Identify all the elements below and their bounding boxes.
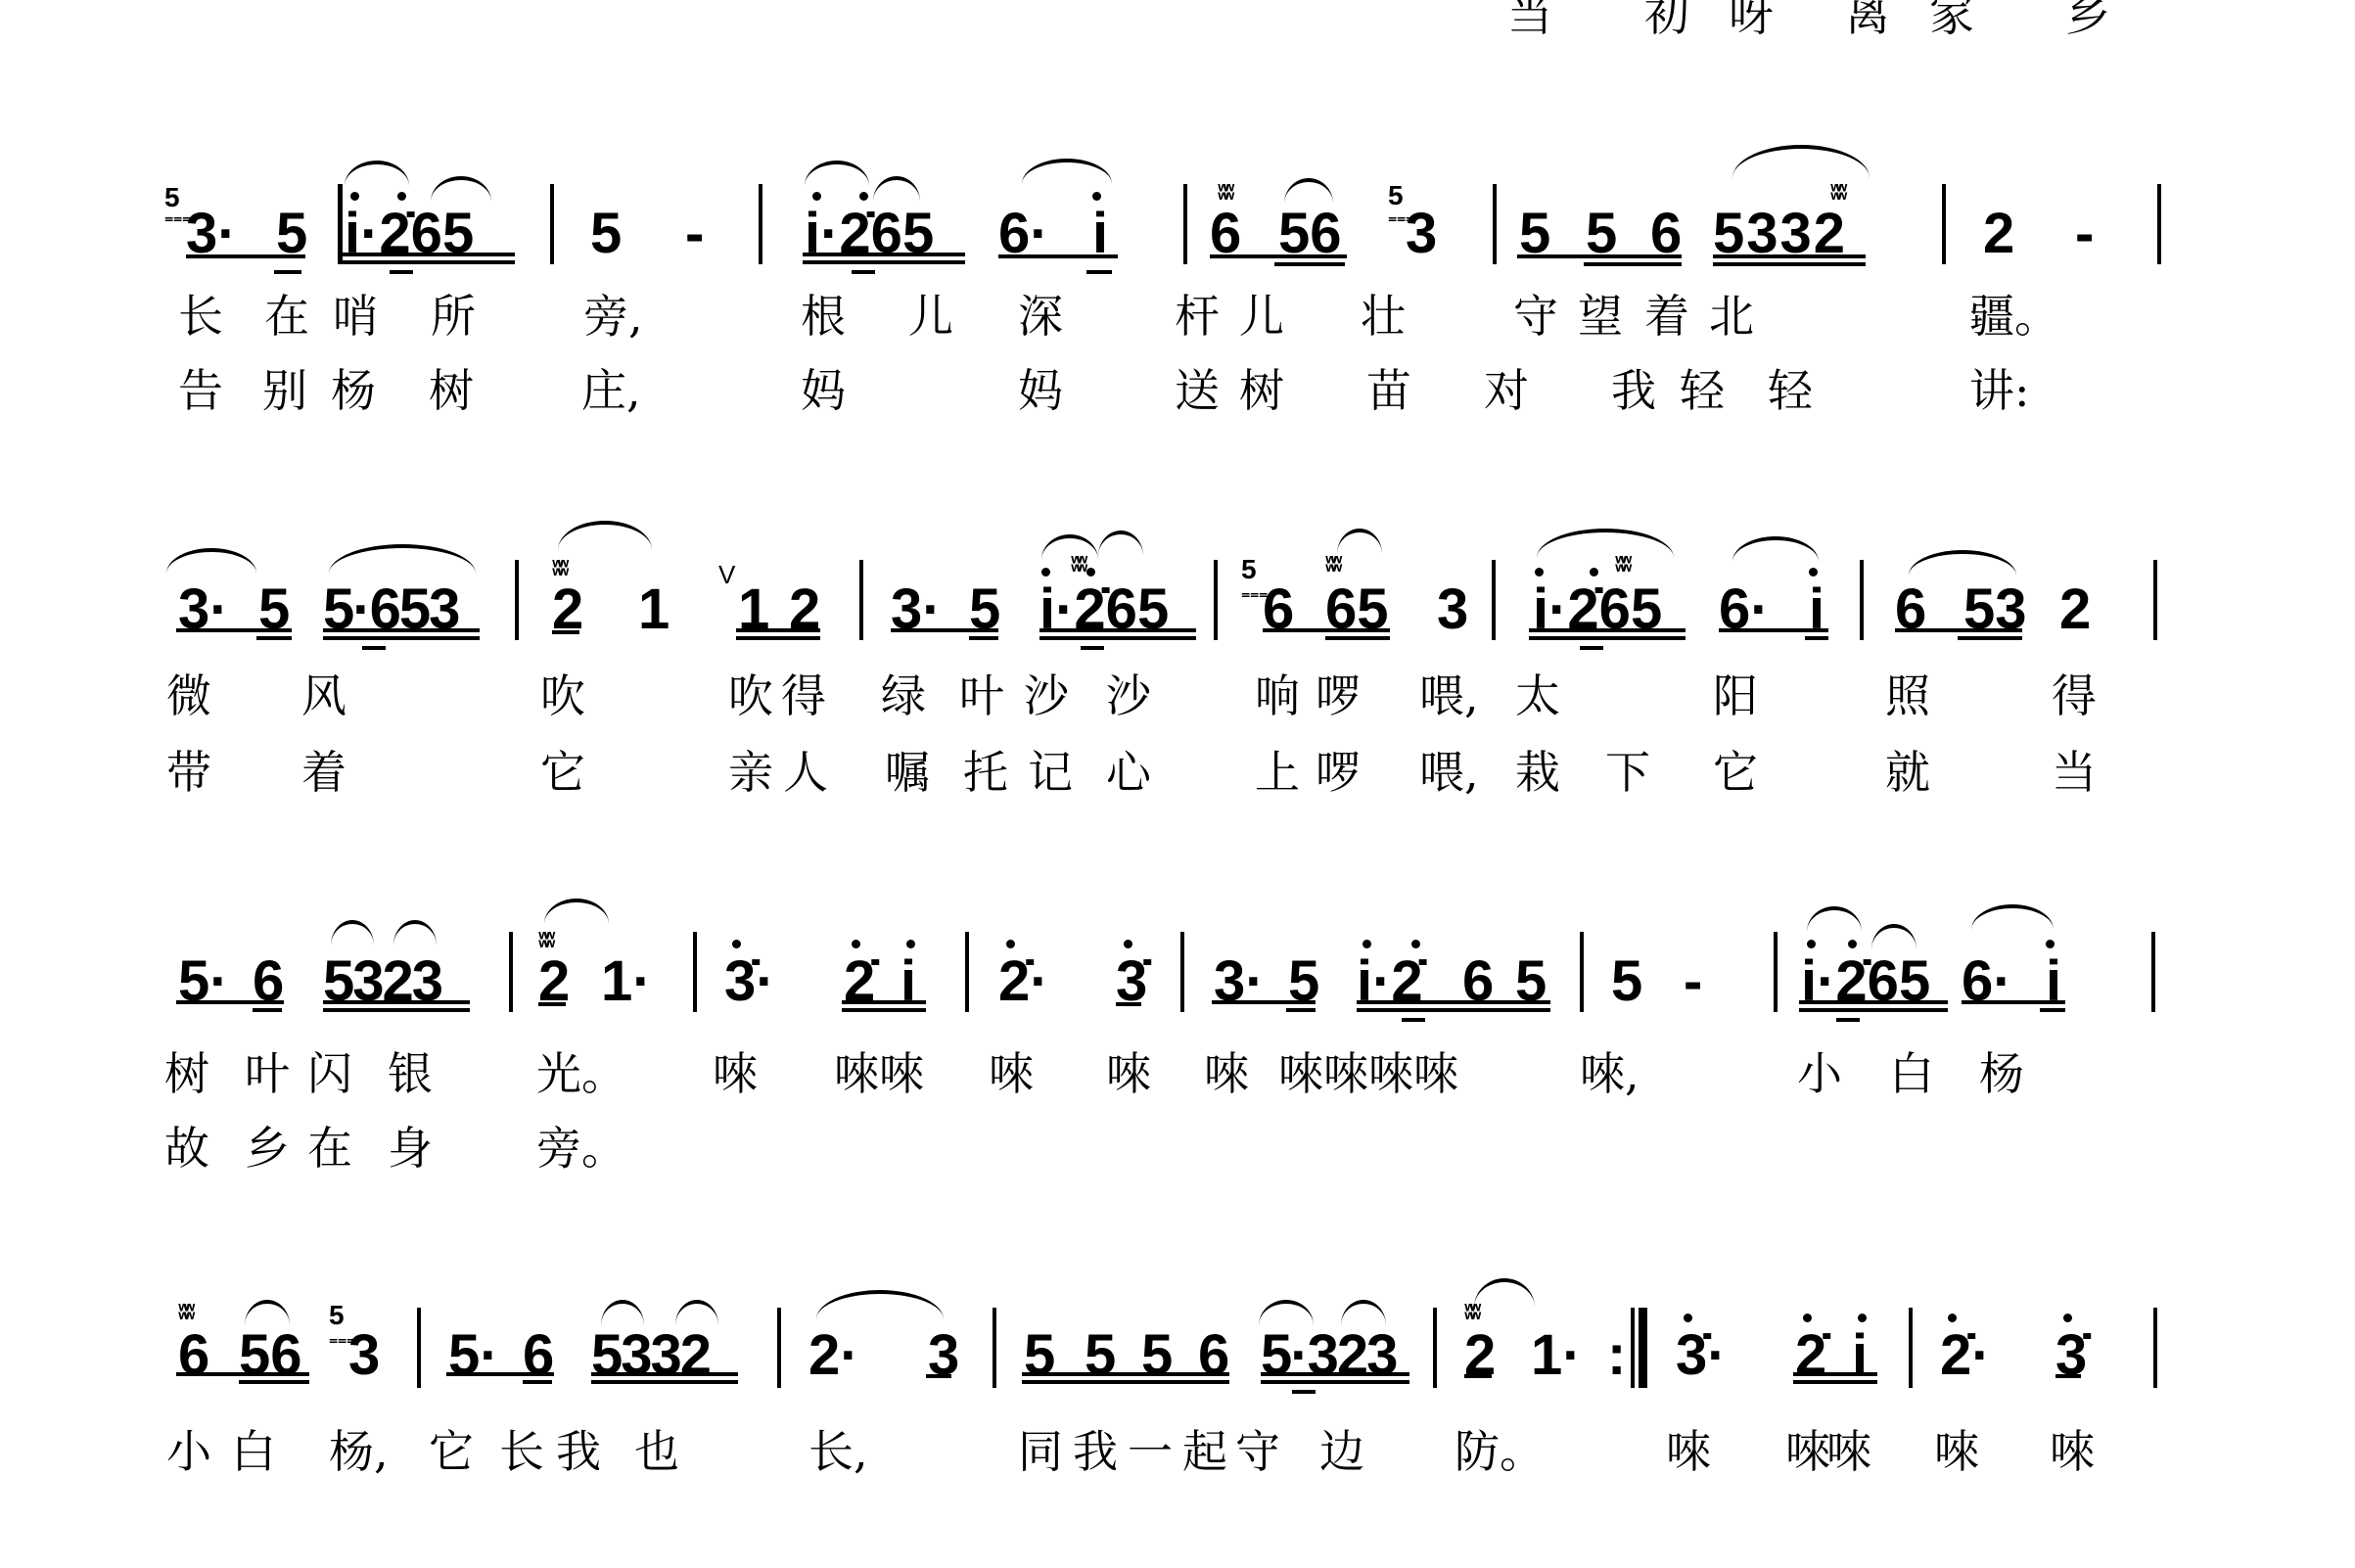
barline bbox=[1942, 184, 1946, 264]
barline bbox=[2153, 560, 2157, 640]
underline bbox=[842, 1000, 926, 1004]
underline bbox=[1212, 1000, 1316, 1004]
underline bbox=[1895, 628, 2022, 632]
mordent-icon: ʬʬ bbox=[1218, 182, 1228, 204]
lyric: 儿 bbox=[908, 294, 953, 339]
note: 1 bbox=[638, 581, 670, 638]
underline bbox=[343, 253, 515, 256]
underline bbox=[362, 646, 386, 650]
lyric: 唻 bbox=[1934, 1429, 1979, 1474]
lyric: 太 bbox=[1515, 673, 1560, 718]
barline bbox=[1580, 932, 1584, 1012]
underline bbox=[523, 1380, 552, 1384]
octave-dot bbox=[906, 940, 915, 948]
slur bbox=[1732, 145, 1870, 178]
lyric: 吹 bbox=[540, 673, 585, 718]
underline bbox=[1713, 262, 1866, 266]
octave-dot bbox=[1858, 1314, 1867, 1322]
grace-note: 5 bbox=[1388, 182, 1404, 209]
lyric: 心 bbox=[1106, 750, 1151, 795]
barline-repeat bbox=[1639, 1308, 1647, 1388]
lyric: 杨 bbox=[331, 368, 376, 413]
lyric: 望 bbox=[1578, 294, 1623, 339]
underline bbox=[1261, 1372, 1409, 1376]
slur bbox=[1022, 159, 1112, 184]
lyric: 沙 bbox=[1024, 673, 1069, 718]
underline bbox=[591, 1372, 738, 1376]
top-lyric-1: 当 bbox=[1507, 0, 1552, 37]
underline bbox=[1962, 1000, 2065, 1004]
lyric: 杨 bbox=[1979, 1051, 2024, 1096]
octave-dot bbox=[1535, 568, 1544, 576]
underline bbox=[1116, 1002, 1141, 1006]
note: 3 bbox=[348, 1327, 380, 1384]
slur bbox=[329, 544, 476, 574]
underline bbox=[1402, 1018, 1425, 1022]
underline bbox=[998, 254, 1118, 258]
lyric: 唻 bbox=[1666, 1429, 1711, 1474]
lyric: 我 bbox=[556, 1429, 601, 1474]
slur bbox=[245, 1300, 290, 1325]
note: 2̇· bbox=[1940, 1327, 1991, 1384]
lyric: 白 bbox=[231, 1429, 276, 1474]
slur bbox=[166, 548, 256, 574]
octave-dot bbox=[1411, 940, 1420, 948]
underline bbox=[323, 636, 480, 640]
mordent-icon: ʬʬ bbox=[552, 558, 563, 579]
slur bbox=[1871, 924, 1916, 949]
lyric: 哨 bbox=[333, 294, 378, 339]
underline bbox=[2040, 1008, 2065, 1012]
barline bbox=[509, 932, 513, 1012]
lyric: 杨, bbox=[329, 1429, 389, 1474]
lyric: 根 bbox=[801, 294, 846, 339]
grace-note: 5 bbox=[164, 184, 180, 211]
dash: - bbox=[2075, 206, 2094, 262]
underline bbox=[926, 1374, 951, 1378]
underline bbox=[842, 1008, 926, 1012]
octave-dot bbox=[1809, 568, 1818, 576]
slur bbox=[1259, 1300, 1314, 1325]
barline bbox=[777, 1308, 781, 1388]
underline bbox=[1263, 628, 1390, 632]
lyric: 唻, bbox=[1580, 1051, 1639, 1096]
grace-note: 5 bbox=[1241, 556, 1257, 583]
note: 2̇· bbox=[998, 953, 1049, 1010]
underline bbox=[323, 628, 480, 632]
underline bbox=[253, 1008, 282, 1012]
slur bbox=[1341, 1300, 1386, 1325]
octave-dot bbox=[1041, 568, 1050, 576]
barline bbox=[1180, 932, 1184, 1012]
lyric: 唻 bbox=[1106, 1051, 1151, 1096]
note: 3̇· bbox=[1676, 1327, 1727, 1384]
underline bbox=[176, 628, 292, 632]
lyric: 嘱 bbox=[885, 750, 930, 795]
mordent-icon: ʬʬ bbox=[1830, 182, 1841, 204]
slur bbox=[601, 1300, 644, 1325]
slur bbox=[431, 176, 491, 202]
octave-dot bbox=[1006, 940, 1015, 948]
barline bbox=[1493, 184, 1497, 264]
lyric: 记 bbox=[1028, 750, 1073, 795]
underline bbox=[1529, 628, 1685, 632]
octave-dot bbox=[1092, 192, 1101, 201]
lyric: 得 bbox=[781, 673, 826, 718]
mordent-icon: ʬʬ bbox=[178, 1302, 189, 1323]
lyric: 疆。 bbox=[1969, 294, 2059, 339]
lyric: 守 bbox=[1513, 294, 1558, 339]
barline bbox=[1860, 560, 1864, 640]
slur bbox=[805, 161, 869, 186]
note: 1· bbox=[1531, 1327, 1582, 1384]
lyric: 送 bbox=[1175, 368, 1220, 413]
grace-note: 5 bbox=[329, 1302, 345, 1329]
underline bbox=[891, 628, 998, 632]
octave-dot bbox=[1362, 940, 1371, 948]
lyric: 也 bbox=[634, 1429, 679, 1474]
barline bbox=[693, 932, 697, 1012]
lyric: 轻 bbox=[1768, 368, 1813, 413]
lyric: 乡 bbox=[245, 1126, 290, 1171]
lyric: 唻 bbox=[713, 1051, 758, 1096]
barline bbox=[1909, 1308, 1913, 1388]
slur bbox=[1909, 550, 2016, 576]
lyric: 叶 bbox=[245, 1051, 290, 1096]
underline bbox=[1793, 1372, 1877, 1376]
underline bbox=[1357, 1008, 1550, 1012]
repeat-end-icon: : bbox=[1607, 1327, 1626, 1384]
barline bbox=[515, 560, 519, 640]
underline bbox=[176, 1372, 309, 1376]
underline bbox=[1261, 1380, 1409, 1384]
lyric: 长 bbox=[178, 294, 223, 339]
underline bbox=[969, 636, 998, 640]
lyric: 下 bbox=[1605, 750, 1650, 795]
lyric: 防。 bbox=[1455, 1429, 1545, 1474]
top-lyric-3: 离家 bbox=[1845, 0, 2013, 37]
octave-dot bbox=[1807, 940, 1816, 948]
lyric: 儿 bbox=[1239, 294, 1284, 339]
barline bbox=[1492, 560, 1496, 640]
lyric: 小 bbox=[1797, 1051, 1842, 1096]
lyric: 杆 bbox=[1175, 294, 1220, 339]
underline bbox=[1805, 636, 1828, 640]
note: 2 bbox=[1983, 206, 2014, 262]
lyric: 吹 bbox=[728, 673, 773, 718]
lyric: 白 bbox=[1889, 1051, 1934, 1096]
slur bbox=[393, 920, 437, 945]
barline bbox=[2157, 184, 2161, 264]
lyric: 同 bbox=[1018, 1429, 1063, 1474]
underline bbox=[1580, 646, 1603, 650]
underline bbox=[1719, 628, 1828, 632]
underline bbox=[390, 270, 413, 274]
underline bbox=[1464, 1374, 1492, 1378]
lyric: 长 bbox=[499, 1429, 544, 1474]
lyric: 边 bbox=[1319, 1429, 1364, 1474]
lyric: 北 bbox=[1709, 294, 1754, 339]
underline bbox=[1292, 1390, 1316, 1394]
underline bbox=[552, 630, 579, 634]
lyric: 在 bbox=[264, 294, 309, 339]
underline bbox=[1357, 1000, 1550, 1004]
underline bbox=[274, 270, 301, 274]
lyric: 喂, bbox=[1419, 673, 1479, 718]
lyric: 光。 bbox=[536, 1051, 626, 1096]
underline bbox=[1039, 628, 1196, 632]
top-lyric-2: 初呀 bbox=[1644, 0, 1813, 37]
octave-dot bbox=[2063, 1314, 2072, 1322]
lyric: 庄, bbox=[581, 368, 641, 413]
lyric: 长, bbox=[808, 1429, 868, 1474]
lyric: 闪 bbox=[307, 1051, 352, 1096]
underline bbox=[736, 628, 820, 632]
octave-dot bbox=[1948, 1314, 1957, 1322]
underline bbox=[538, 1002, 566, 1006]
lyric: 它 bbox=[429, 1429, 474, 1474]
lyric: 风 bbox=[301, 673, 346, 718]
octave-dot bbox=[1086, 568, 1095, 576]
underline bbox=[1836, 1018, 1860, 1022]
octave-dot bbox=[2046, 940, 2055, 948]
lyric: 旁。 bbox=[536, 1126, 626, 1171]
note: 5 bbox=[590, 206, 622, 262]
slur bbox=[331, 920, 374, 945]
note: 3 bbox=[1406, 206, 1437, 262]
octave-dot bbox=[1803, 1314, 1812, 1322]
barline bbox=[1214, 560, 1218, 640]
note: 2· bbox=[808, 1327, 859, 1384]
barline bbox=[965, 932, 969, 1012]
note: 1· bbox=[601, 953, 652, 1010]
octave-dot bbox=[812, 192, 821, 201]
slur bbox=[544, 899, 609, 924]
lyric: 所 bbox=[431, 294, 476, 339]
note: 3̇· bbox=[724, 953, 775, 1010]
barline bbox=[338, 184, 342, 264]
lyric: 旁, bbox=[583, 294, 643, 339]
octave-dot bbox=[350, 192, 359, 201]
lyric: 啰 bbox=[1316, 750, 1361, 795]
lyric: 托 bbox=[963, 750, 1008, 795]
underline bbox=[803, 253, 965, 256]
lyric: 唻唻 bbox=[1785, 1429, 1868, 1474]
lyric: 起 bbox=[1182, 1429, 1227, 1474]
lyric: 着 bbox=[1644, 294, 1689, 339]
slur bbox=[558, 521, 652, 550]
lyric: 唻 bbox=[989, 1051, 1034, 1096]
barline bbox=[1433, 1308, 1437, 1388]
slur bbox=[1732, 536, 1819, 562]
underline bbox=[1039, 636, 1196, 640]
underline bbox=[323, 1000, 470, 1004]
slur bbox=[1098, 530, 1143, 556]
slur bbox=[1284, 178, 1333, 204]
underline bbox=[1529, 636, 1685, 640]
slur bbox=[675, 1300, 718, 1325]
lyric: 沙 bbox=[1106, 673, 1151, 718]
slur bbox=[1337, 529, 1382, 554]
underline bbox=[1086, 270, 1112, 274]
underline bbox=[2055, 1374, 2081, 1378]
top-lyric-4: 乡 bbox=[2065, 0, 2110, 37]
lyric: 别 bbox=[262, 368, 307, 413]
lyric: 妈 bbox=[1018, 368, 1063, 413]
lyric: 叶 bbox=[959, 673, 1004, 718]
underline bbox=[256, 636, 292, 640]
lyric: 唻唻唻唻 bbox=[1278, 1051, 1458, 1096]
lyric: 轻 bbox=[1680, 368, 1725, 413]
dash: - bbox=[1684, 953, 1702, 1010]
underline bbox=[1713, 254, 1866, 258]
lyric: 身 bbox=[388, 1126, 433, 1171]
lyric: 响 bbox=[1255, 673, 1300, 718]
lyric: 它 bbox=[1713, 750, 1758, 795]
lyric: 啰 bbox=[1316, 673, 1361, 718]
barline bbox=[550, 184, 554, 264]
underline bbox=[1799, 1008, 1948, 1012]
underline bbox=[591, 1380, 738, 1384]
octave-dot bbox=[859, 192, 868, 201]
lyric: 壮 bbox=[1361, 294, 1406, 339]
note: 2 bbox=[2059, 581, 2091, 638]
lyric: 亲 bbox=[728, 750, 773, 795]
underline bbox=[446, 1372, 554, 1376]
lyric: 得 bbox=[2052, 673, 2097, 718]
lyric: 唻 bbox=[1204, 1051, 1249, 1096]
lyric: 银 bbox=[388, 1051, 433, 1096]
underline bbox=[736, 636, 820, 640]
lyric: 照 bbox=[1885, 673, 1930, 718]
lyric: 一 bbox=[1128, 1429, 1173, 1474]
lyric: 我 bbox=[1611, 368, 1656, 413]
barline-repeat bbox=[1631, 1308, 1635, 1388]
lyric: 小 bbox=[166, 1429, 211, 1474]
underline bbox=[852, 270, 875, 274]
slur bbox=[345, 161, 409, 186]
underline bbox=[803, 260, 965, 264]
barline bbox=[859, 560, 863, 640]
lyric: 讲: bbox=[1969, 368, 2030, 413]
underline bbox=[186, 254, 305, 258]
lyric: 着 bbox=[301, 750, 346, 795]
underline bbox=[343, 260, 515, 264]
underline bbox=[176, 1000, 284, 1004]
lyric: 带 bbox=[166, 750, 211, 795]
underline bbox=[1274, 262, 1345, 266]
octave-dot bbox=[1848, 940, 1857, 948]
underline bbox=[1799, 1000, 1948, 1004]
barline bbox=[993, 1308, 996, 1388]
lyric: 喂, bbox=[1419, 750, 1479, 795]
lyric: 栽 bbox=[1515, 750, 1560, 795]
lyric: 对 bbox=[1484, 368, 1529, 413]
octave-dot bbox=[397, 192, 406, 201]
lyric: 当 bbox=[2052, 750, 2097, 795]
underline bbox=[1081, 646, 1104, 650]
lyric: 微 bbox=[166, 673, 211, 718]
slur bbox=[1971, 904, 2054, 930]
lyric: 唻 bbox=[2050, 1429, 2095, 1474]
underline bbox=[1584, 262, 1682, 266]
underline bbox=[1793, 1380, 1877, 1384]
barline bbox=[759, 184, 762, 264]
slur bbox=[1474, 1278, 1535, 1308]
underline bbox=[1286, 1008, 1316, 1012]
lyric: 妈 bbox=[801, 368, 846, 413]
octave-dot bbox=[732, 940, 741, 948]
slur bbox=[1807, 906, 1862, 932]
lyric: 上 bbox=[1255, 750, 1300, 795]
octave-dot bbox=[1684, 1314, 1692, 1322]
lyric: 在 bbox=[307, 1126, 352, 1171]
note: 5 bbox=[1611, 953, 1642, 1010]
lyric: 唻唻 bbox=[834, 1051, 924, 1096]
dash: - bbox=[685, 206, 704, 262]
lyric: 故 bbox=[164, 1126, 209, 1171]
underline bbox=[1022, 1380, 1229, 1384]
underline bbox=[239, 1380, 309, 1384]
lyric: 绿 bbox=[881, 673, 926, 718]
barline bbox=[2151, 932, 2155, 1012]
lyric: 就 bbox=[1885, 750, 1930, 795]
octave-dot bbox=[852, 940, 860, 948]
underline bbox=[1325, 636, 1390, 640]
barline bbox=[1183, 184, 1187, 264]
lyric: 我 bbox=[1073, 1429, 1118, 1474]
octave-dot bbox=[1124, 940, 1132, 948]
barline bbox=[2153, 1308, 2157, 1388]
lyric: 它 bbox=[540, 750, 585, 795]
breath-mark: V bbox=[718, 560, 735, 590]
underline bbox=[1022, 1372, 1229, 1376]
lyric: 深 bbox=[1018, 294, 1063, 339]
lyric: 树 bbox=[164, 1051, 209, 1096]
lyric: 树 bbox=[1239, 368, 1284, 413]
underline bbox=[1210, 254, 1347, 258]
octave-dot bbox=[1590, 568, 1598, 576]
underline bbox=[323, 1008, 470, 1012]
underline bbox=[1958, 636, 2022, 640]
lyric: 人 bbox=[783, 750, 828, 795]
mordent-icon: ʬʬ bbox=[1325, 554, 1336, 576]
note: 3 bbox=[1437, 581, 1468, 638]
slur bbox=[1041, 534, 1098, 560]
slur bbox=[816, 1290, 944, 1319]
lyric: 苗 bbox=[1366, 368, 1411, 413]
lyric: 告 bbox=[178, 368, 223, 413]
barline bbox=[417, 1308, 421, 1388]
mordent-icon: ʬʬ bbox=[538, 930, 549, 951]
lyric: 守 bbox=[1235, 1429, 1280, 1474]
barline bbox=[1774, 932, 1778, 1012]
underline bbox=[1517, 254, 1682, 258]
slur bbox=[873, 176, 920, 202]
lyric: 树 bbox=[429, 368, 474, 413]
lyric: 阳 bbox=[1713, 673, 1758, 718]
slur bbox=[1537, 529, 1674, 558]
